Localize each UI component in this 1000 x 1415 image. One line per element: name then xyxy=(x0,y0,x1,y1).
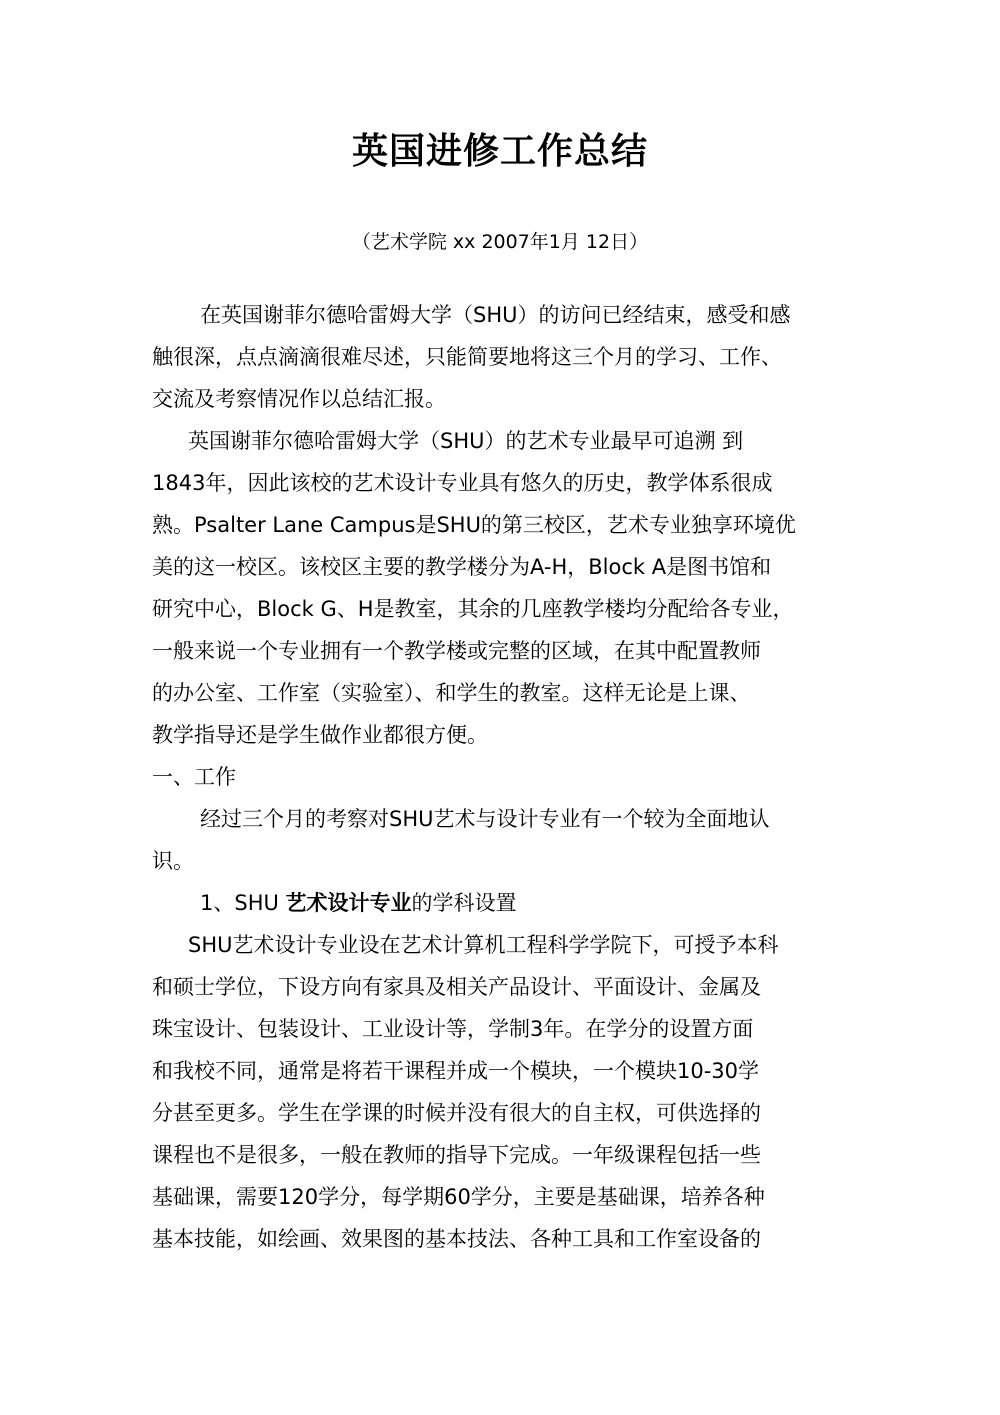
paragraph-line: 触很深，点点滴滴很难尽述，只能简要地将这三个月的学习、工作、 xyxy=(152,342,782,372)
paragraph-line: 基础课，需要120学分，每学期60学分，主要是基础课，培养各种 xyxy=(152,1182,765,1212)
paragraph-line: 珠宝设计、包装设计、工业设计等，学制3年。在学分的设置方面 xyxy=(152,1014,753,1044)
subsection-bold-text: 艺术设计专业 xyxy=(286,891,412,915)
paragraph-line: SHU艺术设计专业设在艺术计算机工程科学学院下，可授予本科 xyxy=(188,930,779,960)
paragraph-line: 分甚至更多。学生在学课的时候并没有很大的自主权，可供选择的 xyxy=(152,1098,761,1128)
paragraph-line: 美的这一校区。该校区主要的教学楼分为A-H，Block A是图书馆和 xyxy=(152,552,771,582)
paragraph-line: 基本技能，如绘画、效果图的基本技法、各种工具和工作室设备的 xyxy=(152,1224,761,1254)
paragraph-line: 熟。Psalter Lane Campus是SHU的第三校区，艺术专业独享环境优 xyxy=(152,510,796,540)
paragraph-line: 一般来说一个专业拥有一个教学楼或完整的区域，在其中配置教师 xyxy=(152,636,761,666)
paragraph-line: 1843年，因此该校的艺术设计专业具有悠久的历史，教学体系很成 xyxy=(152,468,772,498)
paragraph-line: 识。 xyxy=(152,846,194,876)
paragraph-line: 研究中心，Block G、H是教室，其余的几座教学楼均分配给各专业， xyxy=(152,594,794,624)
subsection-number: 1、SHU xyxy=(200,891,286,915)
paragraph-line: 和我校不同，通常是将若干课程并成一个模块，一个模块10-30学 xyxy=(152,1056,759,1086)
paragraph-line: 教学指导还是学生做作业都很方便。 xyxy=(152,720,488,750)
subsection-rest-text: 的学科设置 xyxy=(412,891,517,915)
paragraph-line: 经过三个月的考察对SHU艺术与设计专业有一个较为全面地认 xyxy=(200,804,770,834)
paragraph-line: 交流及考察情况作以总结汇报。 xyxy=(152,384,446,414)
document-title: 英国进修工作总结 xyxy=(0,128,1000,176)
subsection-heading: 1、SHU 艺术设计专业的学科设置 xyxy=(200,888,517,918)
document-page: 英国进修工作总结 （艺术学院 xx 2007年1月 12日） 在英国谢菲尔德哈雷… xyxy=(0,0,1000,1415)
paragraph-line: 和硕士学位，下设方向有家具及相关产品设计、平面设计、金属及 xyxy=(152,972,761,1002)
paragraph-line: 英国谢菲尔德哈雷姆大学（SHU）的艺术专业最早可追溯 到 xyxy=(188,426,743,456)
section-heading: 一、工作 xyxy=(152,762,236,792)
paragraph-line: 的办公室、工作室（实验室）、和学生的教室。这样无论是上课、 xyxy=(152,678,751,708)
paragraph-line: 在英国谢菲尔德哈雷姆大学（SHU）的访问已经结束，感受和感 xyxy=(200,300,860,330)
document-subtitle: （艺术学院 xx 2007年1月 12日） xyxy=(0,228,1000,256)
paragraph-line: 课程也不是很多，一般在教师的指导下完成。一年级课程包括一些 xyxy=(152,1140,761,1170)
